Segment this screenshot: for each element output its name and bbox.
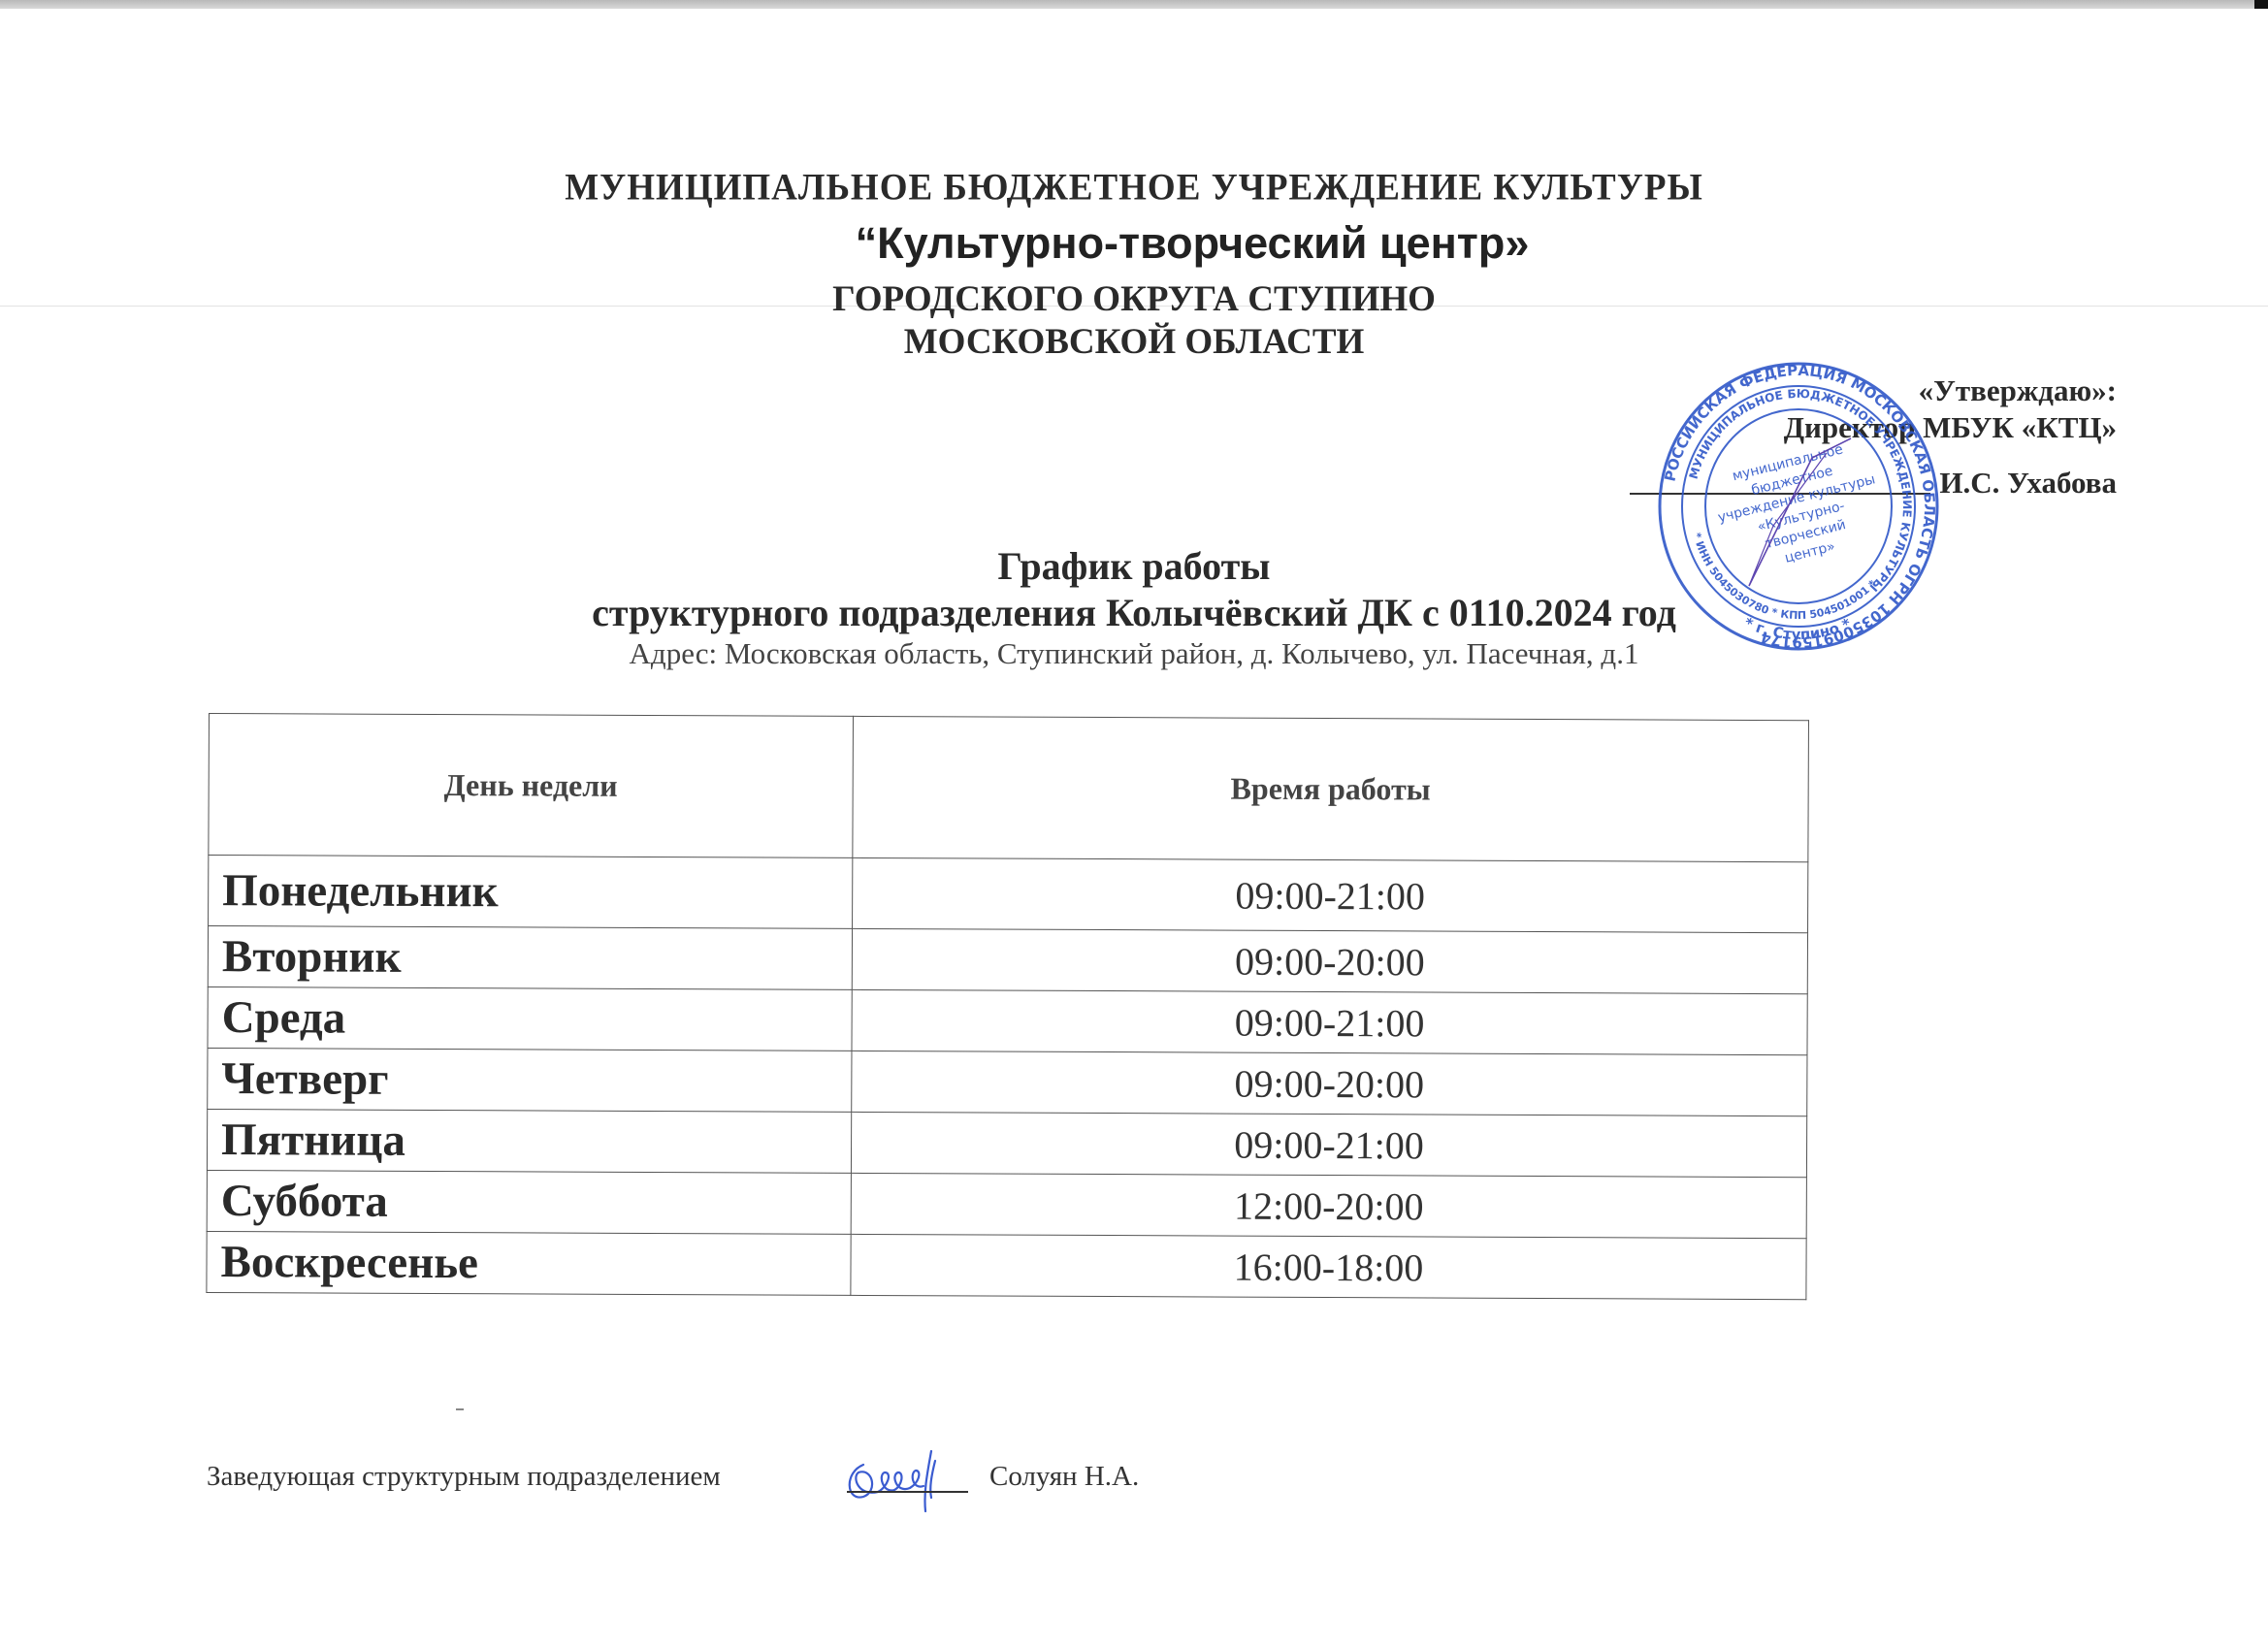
hours-cell: 09:00-21:00	[853, 857, 1808, 932]
approval-heading: «Утверждаю»:	[1919, 373, 2117, 408]
column-header-day: День недели	[209, 714, 854, 858]
address-text: Адрес: Московская область, Ступинский ра…	[0, 636, 2268, 671]
table-row: Пятница09:00-21:00	[207, 1109, 1806, 1177]
footer-signer-name: Солуян Н.А.	[989, 1461, 1139, 1493]
scan-edge	[0, 0, 2268, 9]
hours-cell: 16:00-18:00	[851, 1234, 1806, 1299]
column-header-time: Время работы	[853, 716, 1809, 861]
document-subtitle: структурного подразделения Колычёвский Д…	[0, 590, 2268, 635]
footer-signature-line	[847, 1491, 968, 1493]
scan-edge-corner	[2254, 0, 2268, 9]
org-name-line3: ГОРОДСКОГО ОКРУГА СТУПИНО	[0, 278, 2268, 320]
table-row: Вторник09:00-20:00	[208, 926, 1807, 994]
org-name-line1: МУНИЦИПАЛЬНОЕ БЮДЖЕТНОЕ УЧРЕЖДЕНИЕ КУЛЬТ…	[0, 166, 2268, 210]
table-header-row: День недели Время работы	[209, 714, 1809, 862]
hours-cell: 09:00-21:00	[852, 989, 1807, 1054]
day-cell: Среда	[208, 986, 852, 1051]
table-row: Понедельник09:00-21:00	[209, 856, 1808, 933]
day-cell: Вторник	[208, 926, 852, 990]
table-row: Четверг09:00-20:00	[208, 1048, 1807, 1115]
handwritten-signature-icon	[834, 1443, 970, 1516]
hours-cell: 09:00-20:00	[852, 1051, 1807, 1115]
org-name-line2: “Культурно-творческий центр»	[58, 218, 2268, 269]
hours-cell: 09:00-21:00	[851, 1112, 1806, 1177]
day-cell: Суббота	[207, 1170, 851, 1234]
footer-position-label: Заведующая структурным подразделением	[207, 1461, 721, 1493]
schedule-table: День недели Время работы Понедельник09:0…	[206, 713, 1809, 1300]
day-cell: Четверг	[208, 1048, 852, 1112]
day-cell: Воскресенье	[207, 1231, 851, 1295]
table-row: Среда09:00-21:00	[208, 986, 1807, 1054]
document-title: График работы	[0, 543, 2268, 589]
approval-name: И.С. Ухабова	[1939, 466, 2117, 501]
table-row: Воскресенье16:00-18:00	[207, 1231, 1806, 1299]
table-row: Суббота12:00-20:00	[207, 1170, 1806, 1238]
scan-speck	[456, 1408, 464, 1410]
day-cell: Пятница	[207, 1109, 851, 1173]
day-cell: Понедельник	[209, 856, 853, 929]
hours-cell: 09:00-20:00	[852, 928, 1807, 993]
org-name-line4: МОСКОВСКОЙ ОБЛАСТИ	[0, 321, 2268, 363]
hours-cell: 12:00-20:00	[851, 1173, 1806, 1238]
